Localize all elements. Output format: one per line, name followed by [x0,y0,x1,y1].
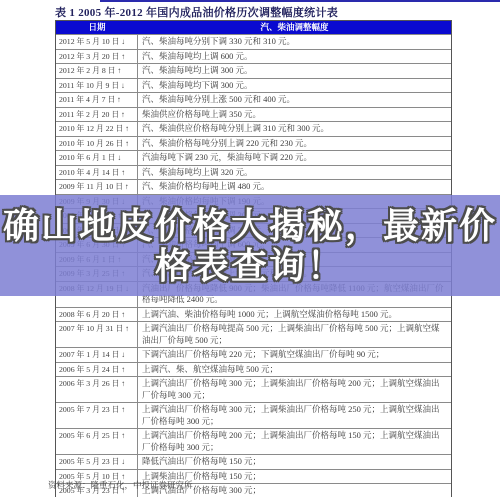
row-date: 2011 年 4 月 7 日 ↑ [56,93,138,107]
table-row: 2010 年 4 月 14 日 ↑汽、柴油每吨均上调 320 元。 [56,165,451,180]
row-adjustment: 汽、柴油每吨均下调 300 元。 [138,79,451,93]
row-adjustment: 上调汽油出厂价格每吨 300 元；上调柴油出厂价格每吨 250 元；上调航空煤油… [138,403,451,428]
row-adjustment: 上调汽、柴、航空煤油每吨 500 元； [138,363,451,377]
row-date: 2007 年 1 月 14 日 ↓ [56,348,138,362]
page: 表 1 2005 年-2012 年国内成品油价格历次调整幅度统计表 日期 汽、柴… [0,0,500,497]
row-date: 2010 年 12 月 22 日 ↑ [56,122,138,136]
row-adjustment: 汽、柴油供应价格每吨分别上调 310 元和 300 元。 [138,122,451,136]
row-date: 2011 年 10 月 9 日 ↓ [56,79,138,93]
promo-text: 确山地皮价格大揭秘，最新价 格表查询！ [3,206,497,285]
table-row: 2005 年 6 月 25 日 ↑上调汽油出厂价格每吨 200 元；上调柴油出厂… [56,428,451,454]
promo-text-line1: 确山地皮价格大揭秘，最新价 [3,205,497,246]
row-adjustment: 柴油供应价格每吨上调 350 元。 [138,108,451,122]
row-adjustment: 汽、柴油每吨均上调 600 元。 [138,50,451,64]
table-row: 2008 年 6 月 20 日 ↑上调汽油、柴油价格每吨 1000 元；上调航空… [56,307,451,322]
row-adjustment: 降低汽油出厂价格每吨 150 元； [138,455,451,469]
row-date: 2005 年 7 月 23 日 ↑ [56,403,138,428]
row-date: 2006 年 5 月 24 日 ↑ [56,363,138,377]
promo-text-line2: 格表查询！ [155,245,345,286]
row-adjustment: 上调汽油出厂价格每吨 200 元；上调柴油出厂价格每吨 150 元；上调航空煤油… [138,429,451,454]
row-date: 2009 年 11 月 10 日 ↑ [56,180,138,194]
col-header-date: 日期 [56,21,138,34]
table-row: 2012 年 2 月 8 日 ↑汽、柴油每吨均上调 300 元。 [56,63,451,78]
table-row: 2012 年 3 月 20 日 ↑汽、柴油每吨均上调 600 元。 [56,49,451,64]
table-row: 2009 年 11 月 10 日 ↑汽、柴油价格均每吨上调 480 元。 [56,179,451,194]
row-date: 2010 年 4 月 14 日 ↑ [56,166,138,180]
row-adjustment: 汽、柴油每吨分别下调 330 元和 310 元。 [138,35,451,49]
row-adjustment: 上调汽油出厂价格每吨提高 500 元；上调柴油出厂价格每吨 500 元；上调航空… [138,322,451,347]
table-row: 2006 年 5 月 24 日 ↑上调汽、柴、航空煤油每吨 500 元； [56,362,451,377]
row-adjustment: 汽、柴油每吨均上调 300 元。 [138,64,451,78]
row-date: 2012 年 5 月 10 日 ↓ [56,35,138,49]
row-date: 2005 年 5 月 23 日 ↓ [56,455,138,469]
row-adjustment: 上调汽油、柴油价格每吨 1000 元；上调航空煤油价格每吨 1500 元。 [138,308,451,322]
table-row: 2010 年 12 月 22 日 ↑汽、柴油供应价格每吨分别上调 310 元和 … [56,121,451,136]
table-row: 2006 年 3 月 26 日 ↑上调汽油出厂价格每吨 300 元；上调柴油出厂… [56,376,451,402]
row-date: 2007 年 10 月 31 日 ↑ [56,322,138,347]
table-row: 2005 年 5 月 23 日 ↓降低汽油出厂价格每吨 150 元； [56,454,451,469]
table-row: 2010 年 6 月 1 日 ↓汽油每吨下调 230 元，柴油每吨下调 220 … [56,150,451,165]
table-row: 2007 年 10 月 31 日 ↑上调汽油出厂价格每吨提高 500 元；上调柴… [56,321,451,347]
row-date: 2006 年 3 月 26 日 ↑ [56,377,138,402]
row-date: 2011 年 2 月 20 日 ↑ [56,108,138,122]
table-row: 2005 年 7 月 23 日 ↑上调汽油出厂价格每吨 300 元；上调柴油出厂… [56,402,451,428]
row-date: 2005 年 6 月 25 日 ↑ [56,429,138,454]
table-row: 2012 年 5 月 10 日 ↓汽、柴油每吨分别下调 330 元和 310 元… [56,34,451,49]
row-date: 2012 年 3 月 20 日 ↑ [56,50,138,64]
row-date: 2008 年 6 月 20 日 ↑ [56,308,138,322]
row-adjustment: 上调汽油出厂价格每吨 300 元；上调柴油出厂价格每吨 200 元；上调航空煤油… [138,377,451,402]
table-row: 2011 年 10 月 9 日 ↓汽、柴油每吨均下调 300 元。 [56,78,451,93]
row-adjustment: 汽、柴油每吨分别上涨 500 元和 400 元。 [138,93,451,107]
row-adjustment: 下调汽油出厂价格每吨 220 元；下调航空煤油出厂价每吨 90 元； [138,348,451,362]
table-row: 2007 年 1 月 14 日 ↓下调汽油出厂价格每吨 220 元；下调航空煤油… [56,347,451,362]
table-row: 2010 年 10 月 26 日 ↑汽、柴油价格每吨分别上调 220 元和 23… [56,136,451,151]
table-title: 表 1 2005 年-2012 年国内成品油价格历次调整幅度统计表 [55,4,475,20]
row-date: 2012 年 2 月 8 日 ↑ [56,64,138,78]
table-row: 2011 年 2 月 20 日 ↑柴油供应价格每吨上调 350 元。 [56,107,451,122]
col-header-adjustment: 汽、柴油调整幅度 [138,21,451,34]
row-adjustment: 汽油每吨下调 230 元，柴油每吨下调 220 元。 [138,151,451,165]
top-border-line [100,0,500,2]
row-date: 2010 年 6 月 1 日 ↓ [56,151,138,165]
table-row: 2011 年 4 月 7 日 ↑汽、柴油每吨分别上涨 500 元和 400 元。 [56,92,451,107]
source-note: 资料来源：隆重石化，中投证券研究所 [48,479,193,491]
row-adjustment: 汽、柴油价格每吨分别上调 220 元和 230 元。 [138,137,451,151]
table-header-row: 日期 汽、柴油调整幅度 [56,21,451,34]
row-adjustment: 汽、柴油价格均每吨上调 480 元。 [138,180,451,194]
row-date: 2010 年 10 月 26 日 ↑ [56,137,138,151]
row-adjustment: 汽、柴油每吨均上调 320 元。 [138,166,451,180]
promo-overlay: 确山地皮价格大揭秘，最新价 格表查询！ [0,195,500,296]
